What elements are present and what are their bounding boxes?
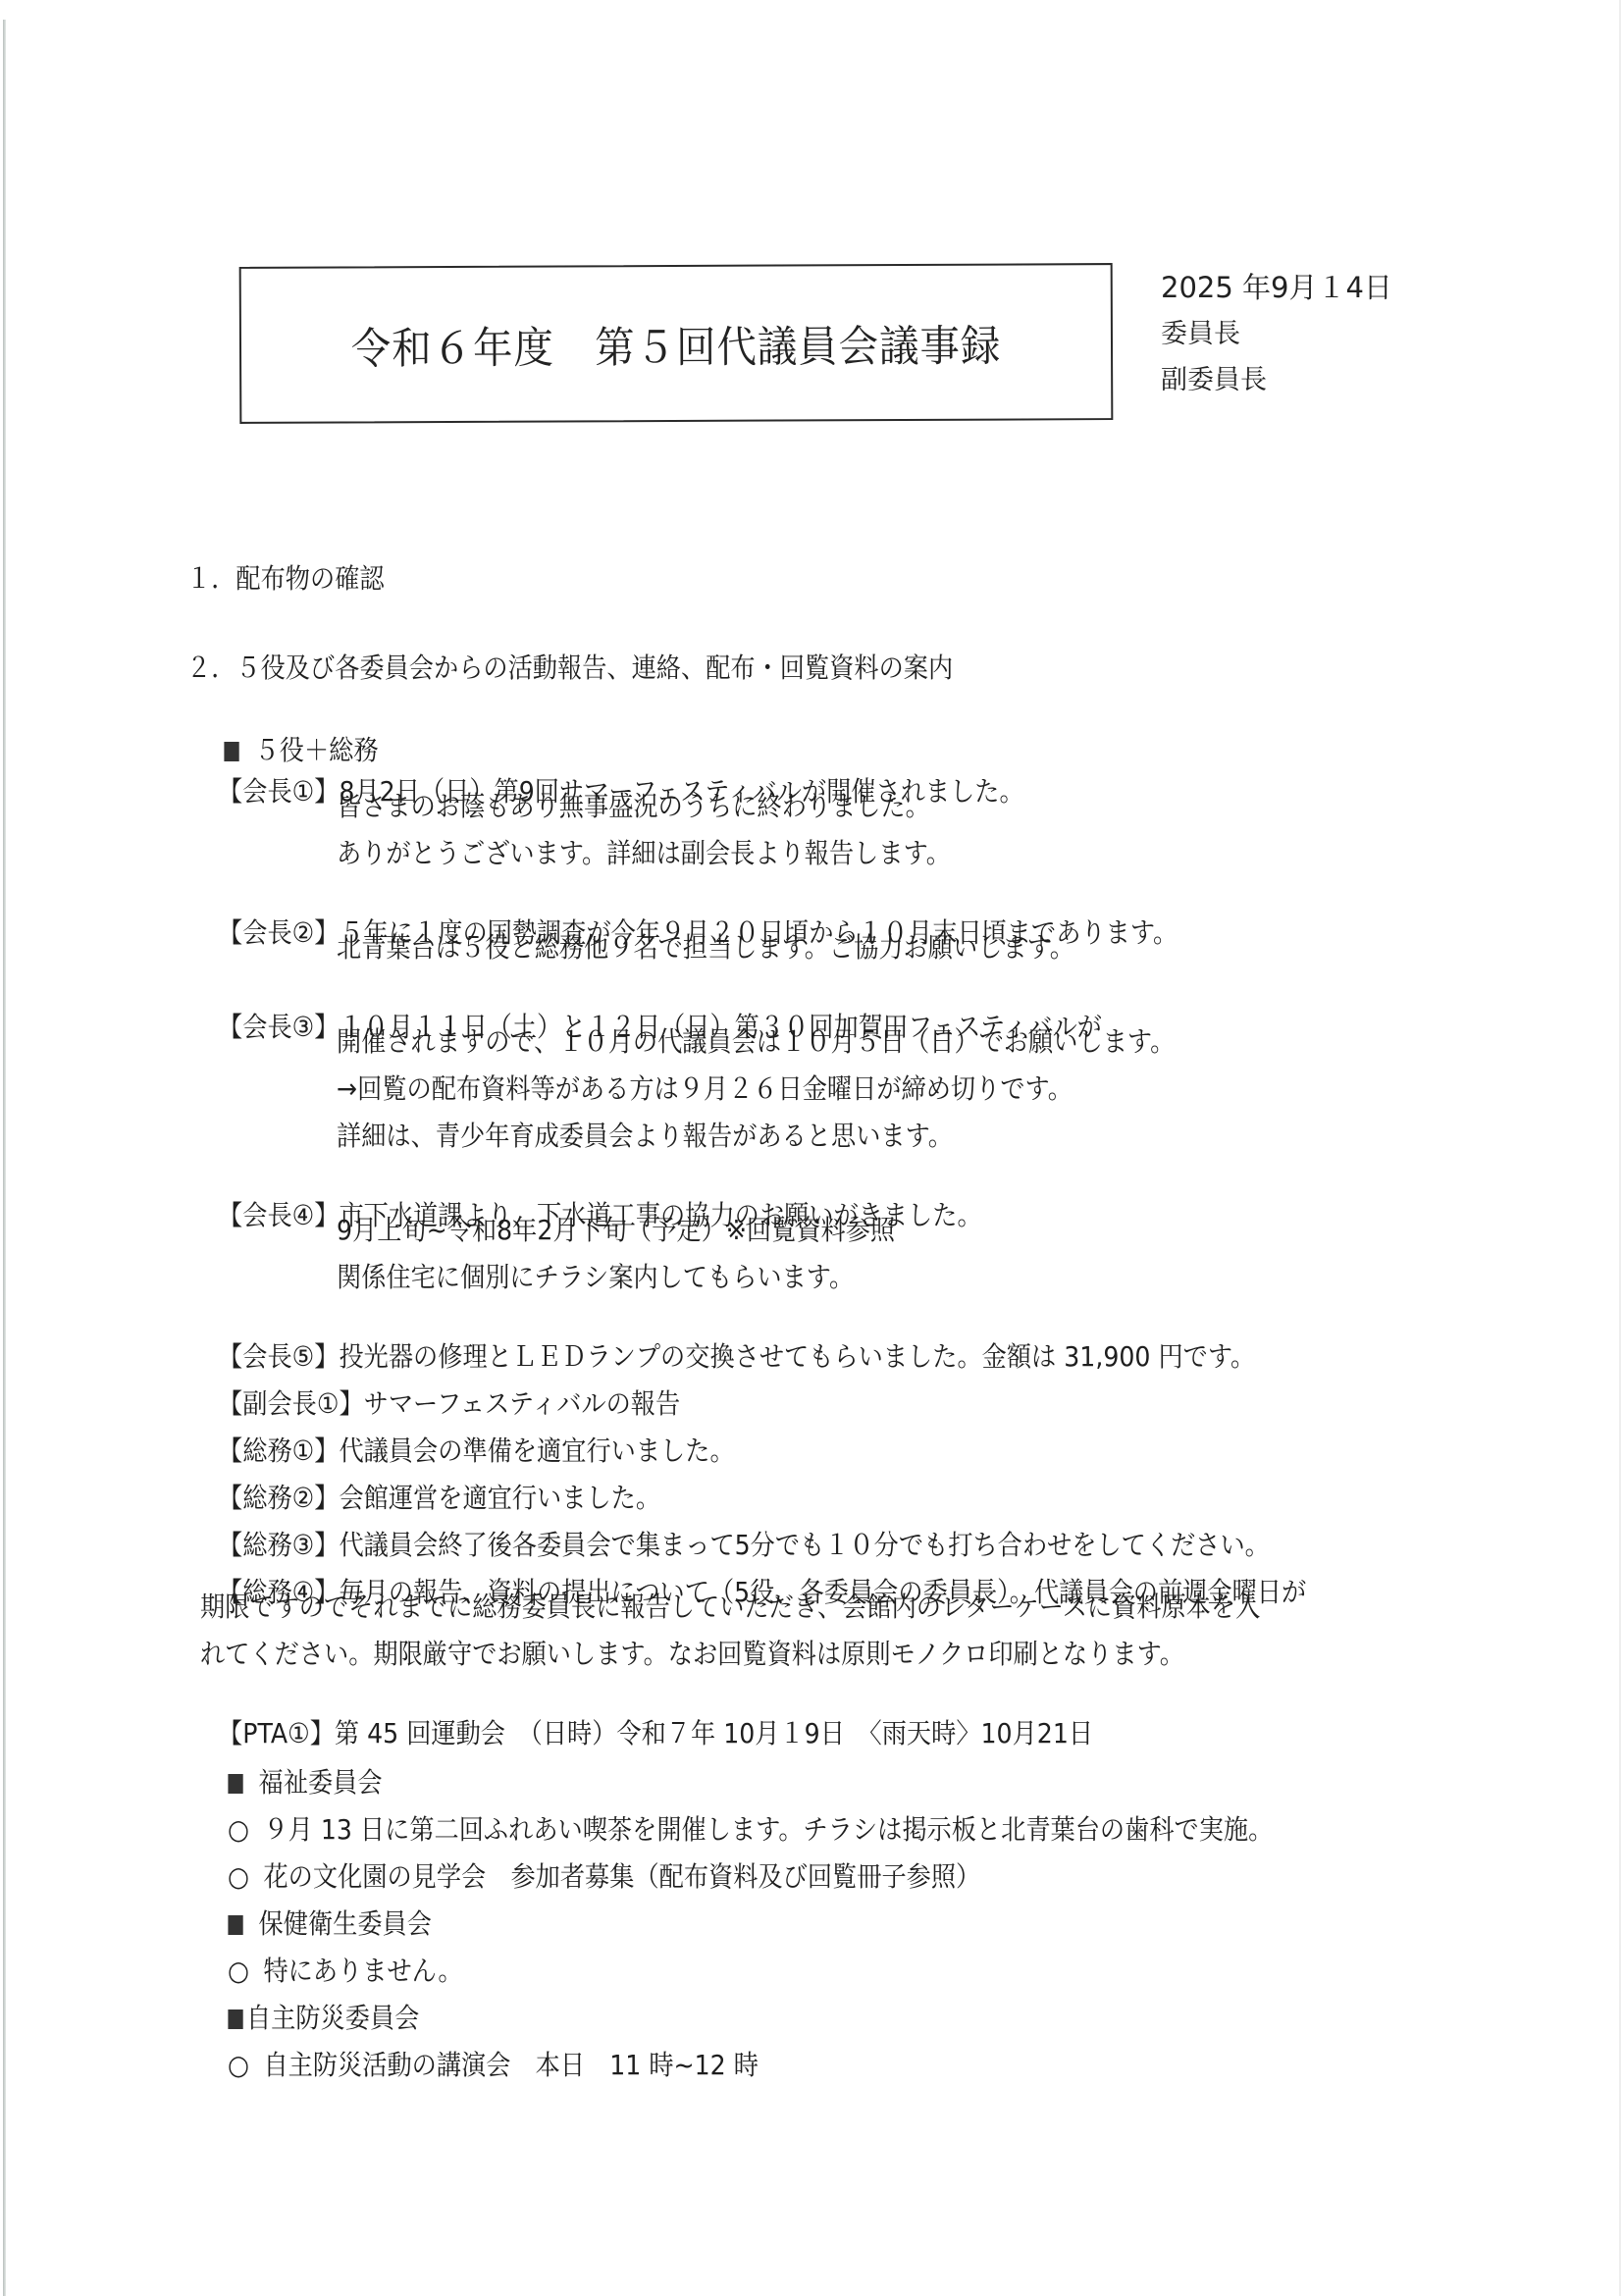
circle-bullet-icon: ○ bbox=[228, 2049, 249, 2081]
report-line: 9月上旬~令和8年2月下旬（予定）※回覧資料参照 bbox=[337, 1209, 895, 1248]
report-line: 期限ですのでそれまでに総務委員長に報告していただき、会館内のレターケースに資料原… bbox=[200, 1586, 1260, 1625]
report-tag: 【会長③】 bbox=[218, 1011, 339, 1043]
report-tag: 【会長①】 bbox=[218, 775, 339, 808]
section-2-heading: ２．５役及び各委員会からの活動報告、連絡、配布・回覧資料の案内 bbox=[186, 647, 953, 686]
disaster-item: ○自主防災活動の講演会 本日 11 時~12 時 bbox=[196, 2011, 759, 2115]
report-line: →回覧の配布資料等がある方は９月２６日金曜日が締め切りです。 bbox=[337, 1068, 1073, 1107]
chair-label: 委員長 bbox=[1161, 311, 1392, 357]
scan-edge-right bbox=[1619, 0, 1621, 2296]
report-line: 北青葉台は５役と総務他９名で担当します。ご協力お願いします。 bbox=[337, 926, 1074, 965]
report-line: 第 45 回運動会 （日時）令和７年 10月１9日 〈雨天時〉10月21日 bbox=[335, 1717, 1093, 1749]
report-line: 開催されますので、１０月の代議員会は１０月５日（日）でお願いします。 bbox=[337, 1020, 1175, 1060]
title-box: 令和６年度 第５回代議員会議事録 bbox=[239, 263, 1114, 424]
scan-edge-left bbox=[3, 20, 6, 2296]
list-item-text: 自主防災活動の講演会 本日 11 時~12 時 bbox=[263, 2049, 758, 2081]
report-line: れてください。期限厳守でお願いします。なお回覧資料は原則モノクロ印刷となります。 bbox=[200, 1633, 1184, 1672]
section-1-heading: １．配布物の確認 bbox=[186, 557, 385, 597]
vice-chair-label: 副委員長 bbox=[1161, 357, 1392, 403]
report-line: ありがとうございます。詳細は副会長より報告します。 bbox=[337, 832, 951, 871]
document-date: 2025 年9月１4日 bbox=[1161, 265, 1392, 311]
report-tag: 【会長④】 bbox=[218, 1199, 339, 1231]
header-meta: 2025 年9月１4日 委員長 副委員長 bbox=[1161, 265, 1392, 403]
report-line: 皆さまのお蔭もあり無事盛況のうちに終わりました。 bbox=[337, 785, 930, 824]
report-tag: 【会長②】 bbox=[218, 916, 339, 949]
document-title: 令和６年度 第５回代議員会議事録 bbox=[351, 311, 1002, 377]
report-line: 関係住宅に個別にチラシ案内してもらいます。 bbox=[337, 1256, 854, 1295]
report-line: 詳細は、青少年育成委員会より報告があると思います。 bbox=[337, 1115, 953, 1154]
